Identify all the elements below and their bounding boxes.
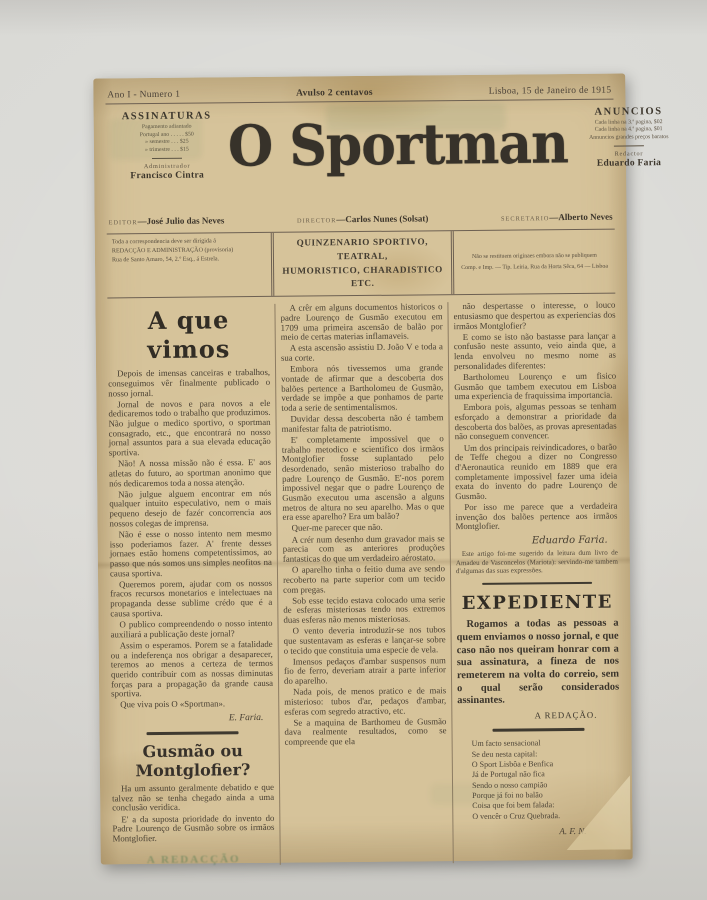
administrator-label: Administrador [106, 162, 228, 170]
director-label: Director [297, 217, 336, 224]
editor-label: Editor [109, 219, 138, 226]
column-3: não despertasse o interesse, o louco ent… [453, 301, 620, 863]
paragraph: E como se isto não bastasse para lançar … [454, 331, 616, 371]
paragraph: Queremos porem, ajudar com os nossos fra… [110, 579, 272, 619]
paragraph: Se a maquina de Barthomeu de Gusmão dava… [284, 717, 446, 748]
paragraph: Que viva pois O «Sportman». [111, 699, 273, 710]
ink-bleed-artifact [430, 783, 510, 806]
paragraph: Quer-me parecer que não. [283, 523, 445, 534]
newspaper-page: Ano I - Numero 1 Avulso 2 centavos Lisbo… [93, 73, 633, 864]
expediente-body: Rogamos a todas as pessoas a quem enviam… [456, 618, 619, 708]
paragraph: Duvidar dessa descoberta não é tambem ma… [281, 413, 443, 434]
director-credit: Director—Carlos Nunes (Solsat) [297, 208, 429, 227]
info-bar: Toda a correspondencia deve ser dirigida… [107, 229, 616, 299]
section-divider [482, 582, 592, 585]
signature: Eduardo Faria. [456, 535, 608, 547]
redactor-name: Eduardo Faria [568, 157, 690, 168]
ad-rate-line: Cada linha na 3.ª pagina, $02 [568, 118, 690, 125]
paragraph: Embora pois, algumas pessoas se tenham e… [454, 402, 616, 442]
paragraph: A crér num desenho dum gravador mais se … [283, 534, 445, 565]
paragraph: A crêr em alguns documentos historicos o… [280, 302, 442, 342]
secretary-name: —Alberto Neves [549, 212, 612, 223]
poem: Um facto sensacionalSe deu nesta capital… [472, 738, 621, 823]
poem-signature: A. F. N. [458, 826, 586, 837]
ad-rates: Cada linha na 3.ª pagina, $02Cada linha … [568, 118, 690, 140]
paragraph: Assim o esperamos. Porem se a fatalidade… [111, 640, 274, 700]
column-rule [447, 302, 453, 862]
paragraph: Não julgue alguem encontrar em nós qualq… [109, 489, 271, 529]
issue-number: Ano I - Numero 1 [107, 90, 180, 101]
editor-credit: Editor—José Julio das Neves [109, 210, 225, 229]
secretary-credit: Secretario—Alberto Neves [501, 207, 613, 226]
article-body: Depois de imensas canceiras e trabalhos,… [108, 368, 273, 710]
ink-bleed-artifact [110, 118, 202, 161]
paragraph: Sob esse tecido estava colocado uma seri… [283, 595, 445, 626]
dateline-bar: Ano I - Numero 1 Avulso 2 centavos Lisbo… [105, 86, 613, 105]
correspondence-box: Toda a correspondencia deve ser dirigida… [107, 233, 272, 298]
article-title-a-que-vimos: A que vimos [107, 305, 270, 365]
paragraph: O aparelho tinha o feitio duma ave sendo… [283, 564, 445, 595]
paragraph: O vento deveria introduzir-se nos tubos … [284, 625, 446, 656]
imprint-box: Não se restituem originaes embora não se… [451, 230, 616, 295]
article-body: A crêr em alguns documentos historicos o… [280, 302, 446, 747]
signature: E. Faria. [111, 713, 263, 724]
article-columns: A que vimos Depois de imensas canceiras … [107, 301, 620, 866]
paragraph: Por isso me parece que a verdadeira inve… [455, 502, 617, 533]
correspondence-line: Rua de Santo Amaro, 54, 2.º Esq., á Estr… [112, 255, 266, 265]
editor-name: —José Julio das Neves [138, 215, 225, 226]
footnote: Este artigo foi-me sugerido da leitura d… [456, 549, 618, 576]
column-1: A que vimos Depois de imensas canceiras … [107, 304, 274, 866]
photo-backdrop: Ano I - Numero 1 Avulso 2 centavos Lisbo… [0, 0, 707, 900]
paragraph: Um dos principais reivindicadores, o bar… [455, 442, 618, 502]
tagline-box: QUINZENARIO SPORTIVO, TEATRAL,HUMORISTIC… [271, 231, 452, 296]
paragraph: não despertasse o interesse, o louco ent… [453, 301, 615, 332]
paragraph: Rogamos a todas as pessoas a quem enviam… [456, 618, 619, 708]
tagline-line: QUINZENARIO SPORTIVO, TEATRAL, [279, 235, 446, 264]
section-divider [493, 728, 585, 732]
paragraph: A esta ascensão assistiu D. João V e tod… [281, 343, 443, 364]
administrator-name: Francisco Cintra [106, 170, 228, 181]
paragraph: Embora nós tivessemos uma grande vontade… [281, 363, 443, 413]
paragraph: E' a da suposta prioridade do invento do… [112, 813, 274, 844]
redactor-label: Redactor [568, 149, 690, 157]
paragraph: Não é esse o nosso intento nem mesmo iss… [110, 529, 272, 579]
price: Avulso 2 centavos [296, 88, 373, 99]
paragraph: Ha um assunto geralmente debatido e que … [112, 783, 274, 814]
column-rule [274, 304, 280, 864]
paragraph: Nada pois, de menos pratico e de mais mi… [284, 686, 446, 717]
dateline: Lisboa, 15 de Janeiro de 1915 [489, 86, 612, 97]
tagline-line: HUMORISTICO, CHARADISTICO ETC. [279, 263, 446, 292]
article-body: Ha um assunto geralmente debatido e que … [112, 783, 275, 844]
secretary-label: Secretario [501, 215, 549, 222]
paragraph: E' completamente impossivel que o trabal… [282, 434, 445, 523]
paragraph: Jornal de novos e para novos a ele dedic… [108, 399, 271, 459]
column-2: A crêr em alguns documentos historicos o… [280, 302, 447, 864]
newspaper-title: O Sportman [228, 111, 569, 180]
redacao-signature: A REDAÇÃO. [457, 710, 597, 721]
ink-bleed-stamp: A REDACÇÃO [113, 852, 275, 866]
ads-heading: ANUNCIOS [567, 106, 689, 118]
paragraph: Imensos pedaços d'ambar suspensos num fi… [284, 656, 446, 687]
article-body: não despertasse o interesse, o louco ent… [453, 301, 617, 532]
ad-rate-line: Annuncios grandes preços baratos [568, 133, 690, 140]
section-divider [147, 731, 239, 735]
director-name: —Carlos Nunes (Solsat) [336, 213, 428, 224]
paragraph: Não! A nossa missão não é essa. E' aos a… [109, 458, 271, 489]
paragraph: Depois de imensas canceiras e trabalhos,… [108, 368, 270, 399]
divider [614, 145, 644, 146]
paragraph: O publico compreendendo o nosso intento … [110, 619, 272, 640]
paragraph: Bartholomeu Lourenço e um fisico Gusmão … [454, 371, 616, 402]
expediente-title: EXPEDIENTE [456, 592, 618, 615]
ads-box: ANUNCIOS Cada linha na 3.ª pagina, $02Ca… [567, 104, 690, 169]
ad-rate-line: Cada linha na 4.ª pagina, $01 [568, 126, 690, 133]
article-title-gusmao: Gusmão ou Montglofier? [112, 741, 274, 781]
imprint-line: Comp. e Imp. — Tip. Leiria, Rua da Horta… [459, 261, 610, 273]
